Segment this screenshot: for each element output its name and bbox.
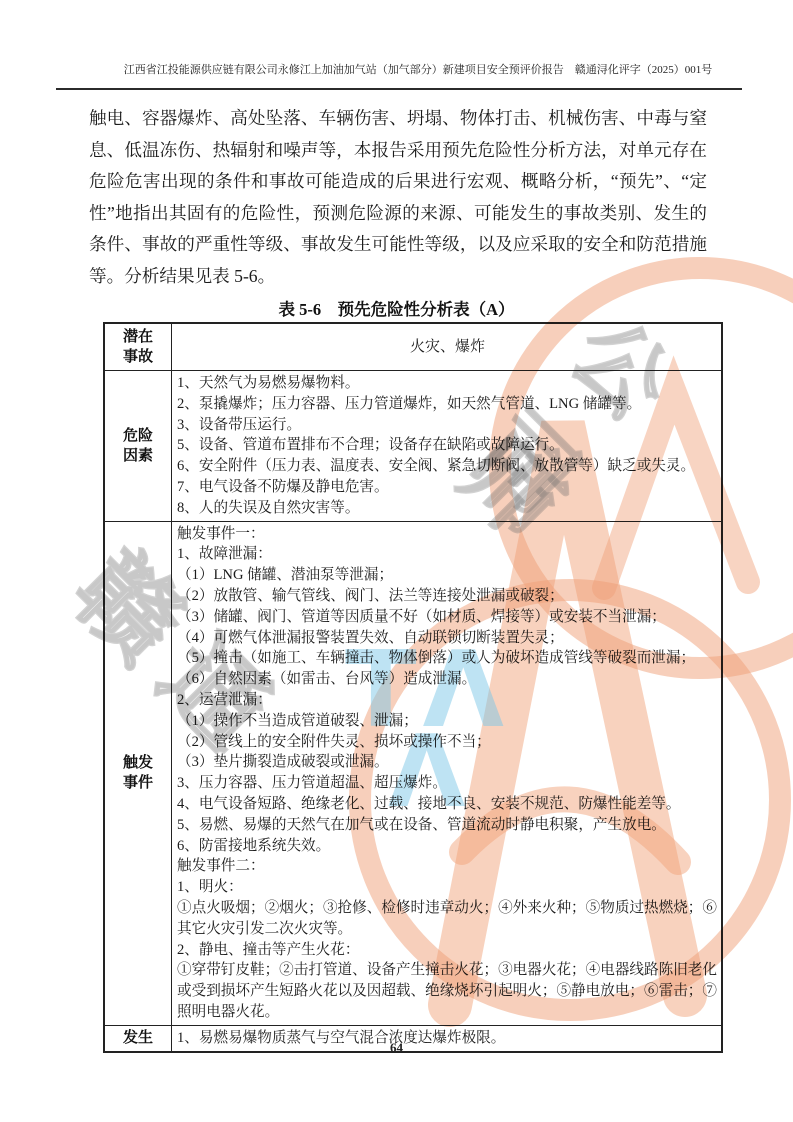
report-header: 江西省江投能源供应链有限公司永修江上加油加气站（加气部分）新建项目安全预评价报告… — [98, 61, 738, 77]
table-cell-line: 1、明火： — [177, 877, 718, 898]
preliminary-hazard-table: 潜在 事故 火灾、爆炸 危险 因素 1、天然气为易燃易爆物料。2、泵撬爆炸；压力… — [103, 322, 723, 1053]
table-cell-line: 1、天然气为易燃易爆物料。 — [177, 373, 718, 394]
table-cell-line: 5、设备、管道布置排布不合理；设备存在缺陷或故障运行。 — [177, 435, 718, 456]
table-cell-line: 1、故障泄漏： — [177, 544, 718, 565]
table-cell-line: 4、电气设备短路、绝缘老化、过载、接地不良、安装不规范、防爆性能差等。 — [177, 794, 718, 815]
cell-potential-accident: 火灾、爆炸 — [172, 323, 723, 371]
table-cell-line: 6、安全附件（压力表、温度表、安全阀、紧急切断阀、放散管等）缺乏或失灵。 — [177, 456, 718, 477]
table-cell-line: ①点火吸烟；②烟火；③抢修、检修时违章动火；④外来火种；⑤物质过热燃烧；⑥其它火… — [177, 898, 718, 940]
table-cell-line: 8、人的失误及自然灾害等。 — [177, 498, 718, 519]
header-divider — [56, 88, 742, 90]
table-cell-line: 触发事件一： — [177, 524, 718, 545]
table-cell-line: （2）管线上的安全附件失灵、损坏或操作不当； — [177, 732, 718, 753]
table-title: 表 5-6 预先危险性分析表（A） — [0, 296, 793, 320]
table-cell-line: 3、压力容器、压力管道超温、超压爆炸。 — [177, 773, 718, 794]
table-cell-line: 3、设备带压运行。 — [177, 415, 718, 436]
table-row-hazard-factors: 危险 因素 1、天然气为易燃易爆物料。2、泵撬爆炸；压力容器、压力管道爆炸，如天… — [104, 371, 722, 522]
table-cell-line: （1）操作不当造成管道破裂、泄漏； — [177, 711, 718, 732]
table-cell-line: 2、静电、撞击等产生火花： — [177, 940, 718, 961]
document-page: 江西省江投能源供应链有限公司永修江上加油加气站（加气部分）新建项目安全预评价报告… — [0, 0, 793, 1122]
table-row-trigger-events: 触发 事件 触发事件一：1、故障泄漏：（1）LNG 储罐、潜油泵等泄漏；（2）放… — [104, 521, 722, 1025]
row-label-hazard-factors: 危险 因素 — [104, 371, 172, 522]
row-label-potential-accident: 潜在 事故 — [104, 323, 172, 371]
table-cell-line: （1）LNG 储罐、潜油泵等泄漏； — [177, 565, 718, 586]
table-cell-line: 2、泵撬爆炸；压力容器、压力管道爆炸，如天然气管道、LNG 储罐等。 — [177, 394, 718, 415]
cell-hazard-factors: 1、天然气为易燃易爆物料。2、泵撬爆炸；压力容器、压力管道爆炸，如天然气管道、L… — [172, 371, 723, 522]
table-cell-line: 7、电气设备不防爆及静电危害。 — [177, 477, 718, 498]
table-cell-line: （6）自然因素（如雷击、台风等）造成泄漏。 — [177, 669, 718, 690]
table-cell-line: （5）撞击（如施工、车辆撞击、物体倒落）或人为破坏造成管线等破裂而泄漏； — [177, 648, 718, 669]
row-label-trigger-events: 触发 事件 — [104, 521, 172, 1025]
table-cell-line: （2）放散管、输气管线、阀门、法兰等连接处泄漏或破裂； — [177, 586, 718, 607]
table-cell-line: （3）储罐、阀门、管道等因质量不好（如材质、焊接等）或安装不当泄漏； — [177, 607, 718, 628]
table-cell-line: 6、防雷接地系统失效。 — [177, 836, 718, 857]
table-row-potential-accident: 潜在 事故 火灾、爆炸 — [104, 323, 722, 371]
table-cell-line: 触发事件二： — [177, 856, 718, 877]
table-cell-line: 5、易燃、易爆的天然气在加气或在设备、管道流动时静电积聚，产生放电。 — [177, 815, 718, 836]
analysis-paragraph: 触电、容器爆炸、高处坠落、车辆伤害、坍塌、物体打击、机械伤害、中毒与窒息、低温冻… — [89, 103, 707, 293]
page-number: 64 — [0, 1040, 793, 1056]
table-cell-line: （4）可燃气体泄漏报警装置失效、自动联锁切断装置失灵； — [177, 628, 718, 649]
cell-trigger-events: 触发事件一：1、故障泄漏：（1）LNG 储罐、潜油泵等泄漏；（2）放散管、输气管… — [172, 521, 723, 1025]
table-cell-line: ①穿带钉皮鞋；②击打管道、设备产生撞击火花；③电器火花；④电器线路陈旧老化或受到… — [177, 960, 718, 1022]
table-cell-line: 2、运营泄漏： — [177, 690, 718, 711]
table-cell-line: （3）垫片撕裂造成破裂或泄漏。 — [177, 752, 718, 773]
